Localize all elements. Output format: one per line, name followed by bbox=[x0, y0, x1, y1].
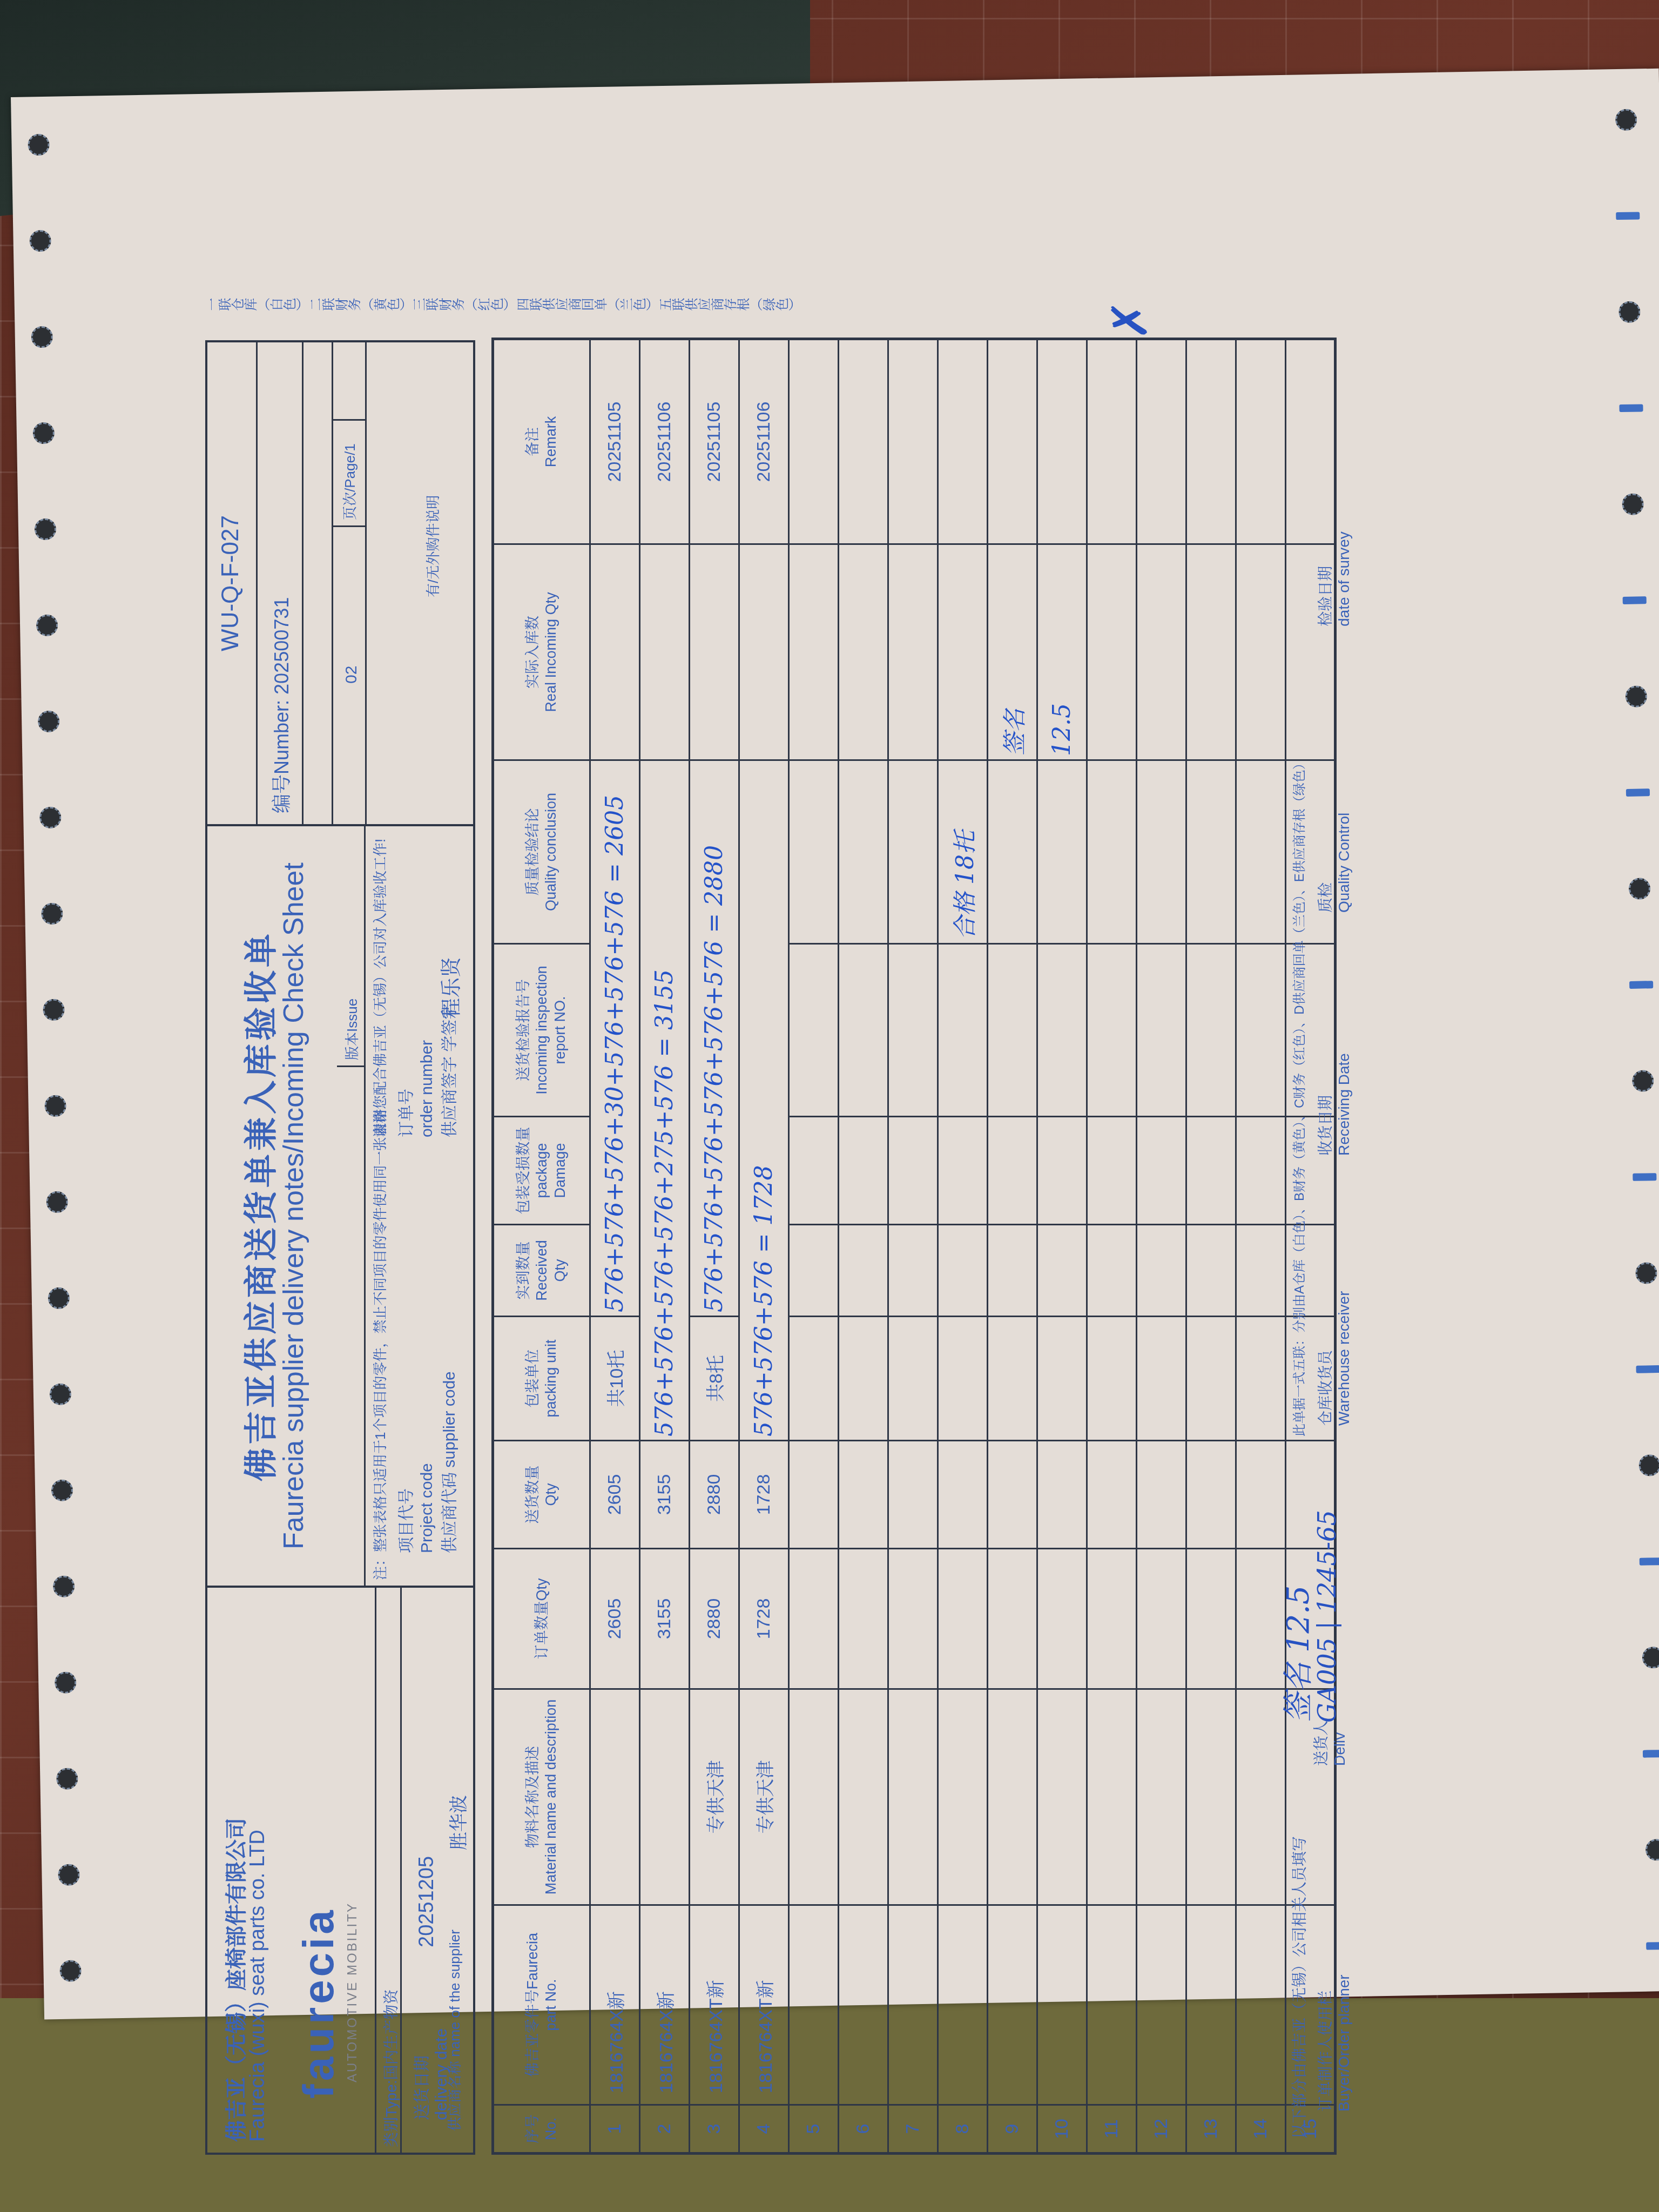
table-row: 9签名 bbox=[988, 339, 1037, 2154]
logo-tagline: AUTOMOTIVE MOBILITY bbox=[345, 1902, 360, 2082]
receiving-date-label-en: Receiving Date bbox=[1335, 1053, 1353, 1156]
cell-no: 14 bbox=[1236, 2105, 1286, 2154]
header-cn: 备注 bbox=[523, 343, 542, 540]
type-label: 类别Type:国内生产物资 bbox=[375, 1588, 402, 2153]
table-row: 14 bbox=[1236, 339, 1286, 2154]
title-en: Faurecia supplier delivery notes/Incomin… bbox=[278, 826, 310, 1586]
receiving-date-label: 收货日期 Receiving Date bbox=[1317, 1053, 1353, 1156]
cell-part-no: 1816764XT新 bbox=[739, 1905, 789, 2105]
header-en: Remark bbox=[542, 343, 560, 540]
cell-desc: 专供天津 bbox=[739, 1689, 789, 1905]
project-code-label: 项目代号 Project code bbox=[396, 1463, 437, 1553]
perforation-mark-icon bbox=[1619, 404, 1643, 412]
deliverer-signature: 签名 12.5 bbox=[1274, 1586, 1318, 1723]
incoming-check-sheet-form: 佛吉亚（无锡）座椅部件有限公司 Faurecia (wuxi) seat par… bbox=[205, 340, 1361, 2155]
perforation-mark-icon bbox=[1646, 1942, 1659, 1950]
sprocket-hole-icon bbox=[55, 1671, 77, 1694]
sprocket-hole-icon bbox=[29, 230, 51, 252]
col-header-delivery-qty: 送货数量Qty bbox=[493, 1441, 590, 1549]
header-cn: 质量检验结论 bbox=[523, 764, 542, 940]
version-label: 版本Issue bbox=[337, 970, 364, 1067]
cell-handwritten-calc: 576+576+576+30+576+576+576 = 2605 bbox=[590, 760, 640, 1317]
cell-signoff-date: 12.5 bbox=[1037, 544, 1087, 760]
col-header-remark: 备注Remark bbox=[493, 339, 590, 544]
cell-order-qty: 2605 bbox=[590, 1549, 640, 1689]
title-cn: 佛吉亚供应商送货单兼入库验收单 bbox=[234, 826, 282, 1586]
order-number-label: 订单号 order number bbox=[396, 1040, 437, 1137]
sprocket-hole-icon bbox=[46, 1191, 68, 1213]
supplier-contact-value: 程乐贤 bbox=[434, 957, 464, 1019]
header-en: Material name and description bbox=[542, 1693, 560, 1901]
copy-distribution-note: 一联仓库（白色）二联财务（黄色）三联财务（红色）四联供应商回单（兰色）五联供应商… bbox=[205, 297, 1339, 329]
supplier-contact-label-cn: 供应商签字 bbox=[441, 1056, 458, 1137]
table-row: 11 bbox=[1087, 339, 1137, 2154]
doc-code: WU-Q-F-027 bbox=[217, 342, 244, 824]
table-row: 12 bbox=[1137, 339, 1186, 2154]
sprocket-hole-icon bbox=[44, 1095, 66, 1117]
sprocket-hole-icon bbox=[51, 1479, 73, 1501]
supplier-contact-label: 供应商签字 学签字 bbox=[440, 1003, 460, 1137]
col-header-order-qty: 订单数量Qty bbox=[493, 1549, 590, 1689]
sprocket-hole-icon bbox=[28, 134, 50, 156]
supplier-code-label-en: supplier code bbox=[441, 1371, 458, 1467]
sprocket-hole-icon bbox=[58, 1864, 80, 1886]
cell-no: 12 bbox=[1137, 2105, 1186, 2154]
cell-quality-conclusion: 合格 18托 bbox=[938, 760, 988, 944]
faurecia-logo: faurecia bbox=[294, 1907, 343, 2099]
deliverer-label-en: Deliv bbox=[1331, 1721, 1349, 1766]
sprocket-hole-icon bbox=[38, 711, 60, 733]
table-row: 2 1816764X新 3155 3155 576+576+576+576+27… bbox=[640, 339, 690, 2154]
quality-label-en: Quality Control bbox=[1335, 813, 1353, 913]
col-header-part-no: 佛吉亚零件号Faureciapart No. bbox=[493, 1905, 590, 2105]
table-row: 1012.5 bbox=[1037, 339, 1087, 2154]
cell-real-incoming bbox=[590, 544, 640, 760]
sprocket-hole-icon bbox=[41, 903, 63, 925]
company-block: 佛吉亚（无锡）座椅部件有限公司 Faurecia (wuxi) seat par… bbox=[205, 1588, 475, 2155]
perforation-mark-icon bbox=[1626, 788, 1650, 797]
cell-no: 2 bbox=[640, 2105, 690, 2154]
divider bbox=[302, 342, 304, 824]
header-en: Quality conclusion bbox=[542, 764, 560, 940]
cell-remark: 20251105 bbox=[690, 339, 739, 544]
sprocket-hole-icon bbox=[1635, 1262, 1657, 1284]
supplier-name-value: 胜华波 bbox=[444, 1795, 470, 1850]
form-footer: 以下部分由佛吉亚（无锡）公司相关人员填写 此单据一式五联：分别由A仓库（白色）、… bbox=[1285, 340, 1361, 2155]
perforation-mark-icon bbox=[1623, 596, 1647, 604]
title-block: 佛吉亚供应商送货单兼入库验收单 Faurecia supplier delive… bbox=[205, 826, 475, 1588]
project-code-label-cn: 项目代号 bbox=[396, 1463, 417, 1553]
cell-handwritten-calc: 576+576+576 = 1728 bbox=[739, 760, 789, 1441]
deliverer-note: GA005 | 1245-65 bbox=[1312, 1510, 1341, 1723]
deliverer-label: 送货人 Deliv bbox=[1312, 1721, 1349, 1766]
order-number-label-cn: 订单号 bbox=[396, 1040, 417, 1137]
project-code-label-en: Project code bbox=[417, 1463, 437, 1553]
header-cn: 送货数量 bbox=[523, 1445, 542, 1545]
cell-real-incoming bbox=[739, 544, 789, 760]
cell-order-qty: 2880 bbox=[690, 1549, 739, 1689]
col-header-packing-unit: 包装单位packing unit bbox=[493, 1317, 590, 1441]
buyer-label-en: Buyer/Order planner bbox=[1335, 1974, 1353, 2112]
section-note: 以下部分由佛吉亚（无锡）公司相关人员填写 bbox=[1291, 1836, 1309, 2139]
header-cn: 包装受损数量 bbox=[514, 1121, 532, 1220]
header-en: package Damage bbox=[532, 1121, 569, 1220]
perforation-mark-icon bbox=[1643, 1750, 1659, 1758]
supplier-name-label-cn: 供应商名称 bbox=[447, 2061, 463, 2131]
cell-no: 10 bbox=[1037, 2105, 1087, 2154]
sprocket-hole-icon bbox=[1625, 685, 1647, 707]
divider bbox=[256, 342, 258, 824]
cell-part-no: 1816764X新 bbox=[640, 1905, 690, 2105]
survey-date-label-en: date of survey bbox=[1335, 531, 1353, 626]
cell-desc bbox=[590, 1689, 640, 1905]
sprocket-hole-icon bbox=[56, 1768, 78, 1790]
cell-order-qty: 1728 bbox=[739, 1549, 789, 1689]
col-header-no: 序号No. bbox=[493, 2105, 590, 2154]
cell-order-qty: 3155 bbox=[640, 1549, 690, 1689]
cell-no: 13 bbox=[1186, 2105, 1236, 2154]
company-name-cn: 佛吉亚（无锡）座椅部件有限公司 bbox=[219, 1818, 250, 2142]
sprocket-hole-icon bbox=[1642, 1647, 1659, 1669]
table-header-row: 序号No. 佛吉亚零件号Faureciapart No. 物料名称及描述Mate… bbox=[493, 339, 590, 2154]
sprocket-hole-icon bbox=[53, 1575, 75, 1597]
header-cn: 序号 bbox=[523, 2109, 542, 2149]
form-note-right: 谢谢您配合佛吉亚（无锡）公司对入库验收工作! bbox=[369, 839, 389, 1137]
doc-number-block: WU-Q-F-027 编号Number: 202500731 02 页次/Pag… bbox=[205, 340, 475, 826]
sprocket-hole-icon bbox=[33, 422, 55, 444]
table-row: 7 bbox=[888, 339, 938, 2154]
perforation-mark-icon bbox=[1633, 1173, 1656, 1181]
header-en: part No. bbox=[542, 1909, 560, 2101]
delivery-date-value: 20251205 bbox=[415, 1856, 439, 1947]
header-en: Incoming inspection report NO. bbox=[532, 948, 569, 1112]
table-row: 5 bbox=[789, 339, 839, 2154]
sprocket-hole-icon bbox=[1629, 878, 1651, 900]
sprocket-hole-icon bbox=[43, 999, 65, 1021]
sprocket-hole-icon bbox=[1638, 1454, 1659, 1476]
cell-no: 6 bbox=[839, 2105, 888, 2154]
buyer-label: 订单制作人使用栏 Buyer/Order planner bbox=[1317, 1974, 1353, 2112]
cell-no: 5 bbox=[789, 2105, 839, 2154]
number-value: 202500731 bbox=[271, 597, 293, 694]
header-en: Real Incoming Qty bbox=[542, 548, 560, 756]
sprocket-hole-icon bbox=[1632, 1070, 1654, 1092]
quality-label-cn: 质检 bbox=[1317, 813, 1335, 913]
sprocket-hole-icon bbox=[39, 807, 62, 829]
receiving-date-label-cn: 收货日期 bbox=[1317, 1053, 1335, 1156]
cell-part-no: 1816764X新 bbox=[590, 1905, 640, 2105]
header-cn: 包装单位 bbox=[523, 1320, 542, 1437]
sprocket-hole-icon bbox=[48, 1287, 70, 1309]
cell-real-incoming bbox=[690, 544, 739, 760]
warehouse-label-cn: 仓库收货员 bbox=[1317, 1291, 1335, 1426]
header-cn: 订单数量Qty bbox=[532, 1553, 551, 1685]
col-header-quality-conclusion: 质量检验结论Quality conclusion bbox=[493, 760, 590, 944]
table-row: 3 1816764XT新 专供天津 2880 2880 共8托 576+576+… bbox=[690, 339, 739, 2154]
divider bbox=[332, 342, 333, 824]
cell-delivery-qty: 1728 bbox=[739, 1441, 789, 1549]
table-row: 1 1816764X新 2605 2605 共10托 576+576+576+3… bbox=[590, 339, 640, 2154]
cell-no: 8 bbox=[938, 2105, 988, 2154]
perforation-mark-icon bbox=[1616, 212, 1640, 220]
col-header-real-incoming-qty: 实际入库数Real Incoming Qty bbox=[493, 544, 590, 760]
cell-handwritten-calc: 576+576+576+576+275+576 = 3155 bbox=[640, 760, 690, 1441]
col-header-received-qty: 实到数量Received Qty bbox=[493, 1225, 590, 1317]
cell-desc bbox=[640, 1689, 690, 1905]
items-table: 序号No. 佛吉亚零件号Faureciapart No. 物料名称及描述Mate… bbox=[491, 338, 1337, 2155]
sprocket-hole-icon bbox=[59, 1960, 82, 1982]
col-header-inspection-report: 送货检验报告号Incoming inspection report NO. bbox=[493, 944, 590, 1117]
sprocket-hole-icon bbox=[1618, 301, 1641, 323]
form-note: 注：整张表格只适用于1个项目的零件，禁止不同项目的零件使用同一张表格 bbox=[369, 1109, 389, 1580]
header-en: No. bbox=[542, 2109, 560, 2149]
cell-delivery-qty: 3155 bbox=[640, 1441, 690, 1549]
order-number-label-en: order number bbox=[417, 1040, 437, 1137]
cell-packing-unit: 共8托 bbox=[690, 1317, 739, 1441]
cell-no: 11 bbox=[1087, 2105, 1137, 2154]
delivery-date-label-cn: 送货日期 bbox=[413, 2028, 432, 2120]
sprocket-hole-icon bbox=[31, 326, 53, 348]
header-en: packing unit bbox=[542, 1320, 560, 1437]
copies-note: 此单据一式五联：分别由A仓库（白色）、B财务（黄色）、C财务（红色）、D供应商回… bbox=[1291, 757, 1309, 1437]
survey-date-label: 检验日期 date of survey bbox=[1317, 531, 1353, 626]
table-row: 4 1816764XT新 专供天津 1728 1728 576+576+576 … bbox=[739, 339, 789, 2154]
sprocket-hole-icon bbox=[35, 518, 57, 541]
page-label: 页次/Page/1 bbox=[332, 419, 365, 527]
cell-handwritten-calc: 576+576+576+576+576+576 = 2880 bbox=[690, 760, 739, 1317]
cell-no: 9 bbox=[988, 2105, 1037, 2154]
header-en: Qty bbox=[542, 1445, 560, 1545]
table-row: 8合格 18托 bbox=[938, 339, 988, 2154]
cell-remark: 20251106 bbox=[739, 339, 789, 544]
sprocket-hole-icon bbox=[1622, 493, 1644, 515]
header-cn: 物料名称及描述 bbox=[523, 1693, 542, 1901]
cell-no: 4 bbox=[739, 2105, 789, 2154]
cell-real-incoming bbox=[640, 544, 690, 760]
cell-part-no: 1816764XT新 bbox=[690, 1905, 739, 2105]
supplier-code-label-cn: 供应商代码 bbox=[441, 1472, 458, 1553]
supplier-code-label: 供应商代码 supplier code bbox=[440, 1371, 460, 1553]
cell-real-incoming-signature: 签名 bbox=[988, 544, 1037, 760]
number-label: 编号Number: bbox=[271, 700, 293, 813]
header-en: Received Qty bbox=[532, 1229, 569, 1312]
perforation-mark-icon bbox=[1636, 1365, 1659, 1373]
table-row: 6 bbox=[839, 339, 888, 2154]
cell-remark: 20251106 bbox=[640, 339, 690, 544]
cell-remark: 20251105 bbox=[590, 339, 640, 544]
cell-delivery-qty: 2880 bbox=[690, 1441, 739, 1549]
perforation-mark-icon bbox=[1629, 981, 1653, 989]
company-name-en: Faurecia (wuxi) seat parts co. LTD bbox=[246, 1830, 269, 2142]
cell-desc: 专供天津 bbox=[690, 1689, 739, 1905]
col-header-package-damage: 包装受损数量package Damage bbox=[493, 1117, 590, 1225]
warehouse-label-en: Warehouse receiver bbox=[1335, 1291, 1353, 1426]
form-header: 佛吉亚（无锡）座椅部件有限公司 Faurecia (wuxi) seat par… bbox=[205, 340, 475, 2155]
cell-no: 7 bbox=[888, 2105, 938, 2154]
header-cn: 实到数量 bbox=[514, 1229, 532, 1312]
supplier-name-label-en: name of the supplier bbox=[447, 1930, 463, 2057]
number-field: 编号Number: 202500731 bbox=[267, 597, 294, 813]
sprocket-hole-icon bbox=[36, 615, 58, 637]
quality-control-label: 质检 Quality Control bbox=[1317, 813, 1353, 913]
sprocket-hole-icon bbox=[1645, 1839, 1659, 1861]
header-cn: 送货检验报告号 bbox=[514, 948, 532, 1112]
attachment-note: 有/无外购件说明 bbox=[423, 495, 443, 597]
cell-packing-unit: 共10托 bbox=[590, 1317, 640, 1441]
header-cn: 佛吉亚零件号Faurecia bbox=[523, 1909, 542, 2101]
survey-date-label-cn: 检验日期 bbox=[1317, 531, 1335, 626]
warehouse-receiver-label: 仓库收货员 Warehouse receiver bbox=[1317, 1291, 1353, 1426]
checkmark-icon: ✗ bbox=[1102, 300, 1158, 340]
deliverer-label-cn: 送货人 bbox=[1312, 1721, 1331, 1766]
divider bbox=[364, 826, 366, 1586]
revision-value: 02 bbox=[342, 666, 361, 684]
cell-no: 1 bbox=[590, 2105, 640, 2154]
perforation-mark-icon bbox=[1640, 1557, 1659, 1566]
col-header-material: 物料名称及描述Material name and description bbox=[493, 1689, 590, 1905]
divider bbox=[365, 342, 367, 824]
sprocket-hole-icon bbox=[1615, 109, 1637, 131]
supplier-name-label: 供应商名称 name of the supplier bbox=[445, 1930, 464, 2131]
header-cn: 实际入库数 bbox=[523, 548, 542, 756]
table-row: 13 bbox=[1186, 339, 1236, 2154]
sprocket-holes-top bbox=[1609, 69, 1659, 1992]
cell-delivery-qty: 2605 bbox=[590, 1441, 640, 1549]
cell-no: 3 bbox=[690, 2105, 739, 2154]
sprocket-hole-icon bbox=[50, 1383, 72, 1405]
buyer-label-cn: 订单制作人使用栏 bbox=[1317, 1974, 1335, 2112]
